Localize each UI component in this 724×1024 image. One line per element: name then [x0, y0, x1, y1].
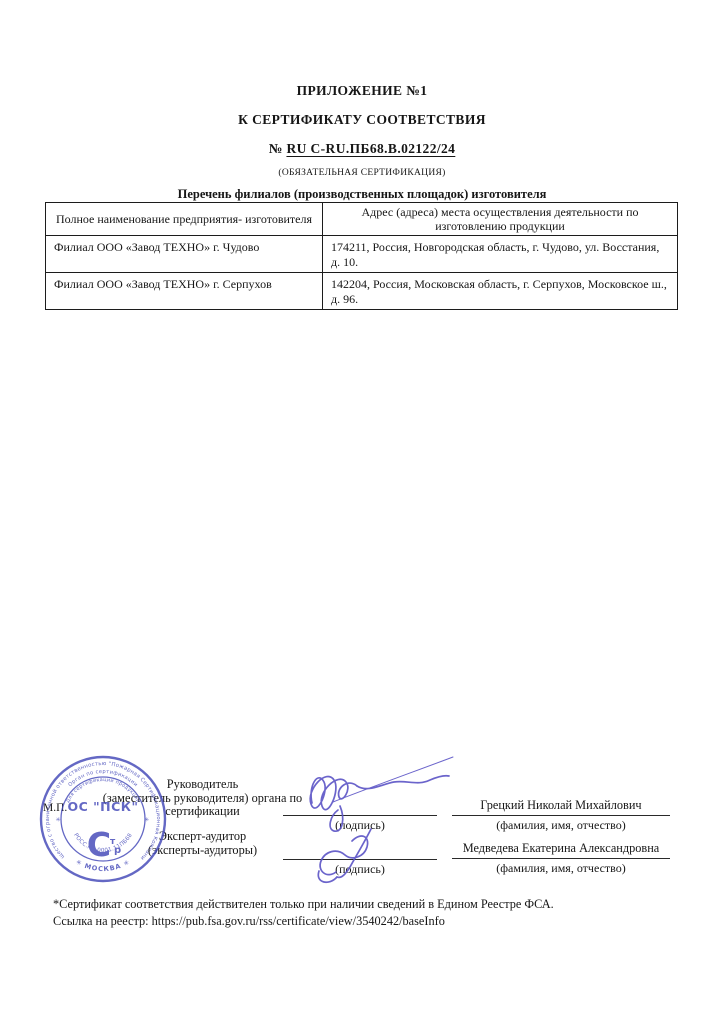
signature-1-ink — [333, 757, 453, 802]
stamp-star-right: ✳ — [144, 817, 149, 824]
cell-branch-address: 174211, Россия, Новгородская область, г.… — [323, 236, 678, 273]
certificate-number-line: № RU C-RU.ПБ68.В.02122/24 — [0, 141, 724, 157]
stamp-logo-r: р — [114, 845, 121, 856]
appendix-title: ПРИЛОЖЕНИЕ №1 — [0, 83, 724, 99]
signature-2-ink — [320, 836, 367, 875]
name-line — [452, 815, 670, 816]
head-full-name: Грецкий Николай Михайлович — [452, 798, 670, 813]
certificate-number: RU C-RU.ПБ68.В.02122/24 — [286, 141, 455, 156]
handwritten-signatures — [270, 748, 470, 893]
cell-branch-name: Филиал ООО «Завод ТЕХНО» г. Чудово — [46, 236, 323, 273]
signature-1-ink — [357, 776, 449, 789]
name-line — [452, 858, 670, 859]
signature-1-ink — [310, 777, 357, 810]
document-page: ПРИЛОЖЕНИЕ №1 К СЕРТИФИКАТУ СООТВЕТСТВИЯ… — [0, 0, 724, 1024]
stamp-logo-c-icon: С — [87, 825, 111, 864]
name-caption: (фамилия, имя, отчество) — [452, 861, 670, 876]
col-header-address: Адрес (адреса) места осуществления деяте… — [323, 203, 678, 236]
certificate-title: К СЕРТИФИКАТУ СООТВЕТСТВИЯ — [0, 112, 724, 128]
cell-branch-address: 142204, Россия, Московская область, г. С… — [323, 273, 678, 310]
stamp-star-left: ✳ — [56, 817, 61, 824]
certification-body-stamp: Общество с ограниченной ответственностью… — [38, 754, 168, 884]
signature-1-ink — [330, 806, 343, 831]
name-caption: (фамилия, имя, отчество) — [452, 818, 670, 833]
certification-type: (ОБЯЗАТЕЛЬНАЯ СЕРТИФИКАЦИЯ) — [0, 168, 724, 178]
table-header-row: Полное наименование предприятия- изготов… — [46, 203, 678, 236]
cell-branch-name: Филиал ООО «Завод ТЕХНО» г. Серпухов — [46, 273, 323, 310]
table-row: Филиал ООО «Завод ТЕХНО» г. Серпухов 142… — [46, 273, 678, 310]
table-row: Филиал ООО «Завод ТЕХНО» г. Чудово 17421… — [46, 236, 678, 273]
expert-full-name: Медведева Екатерина Александровна — [452, 841, 670, 856]
col-header-manufacturer: Полное наименование предприятия- изготов… — [46, 203, 323, 236]
certificate-number-prefix: № — [269, 141, 287, 156]
footer-registry-link: Ссылка на реестр: https://pub.fsa.gov.ru… — [53, 914, 445, 929]
stamp-center-text: ОС "ПСК" — [67, 799, 138, 814]
branches-table: Полное наименование предприятия- изготов… — [45, 202, 678, 310]
footer-validity-note: *Сертификат соответствия действителен то… — [53, 897, 554, 912]
branches-table-title: Перечень филиалов (производственных площ… — [0, 187, 724, 202]
